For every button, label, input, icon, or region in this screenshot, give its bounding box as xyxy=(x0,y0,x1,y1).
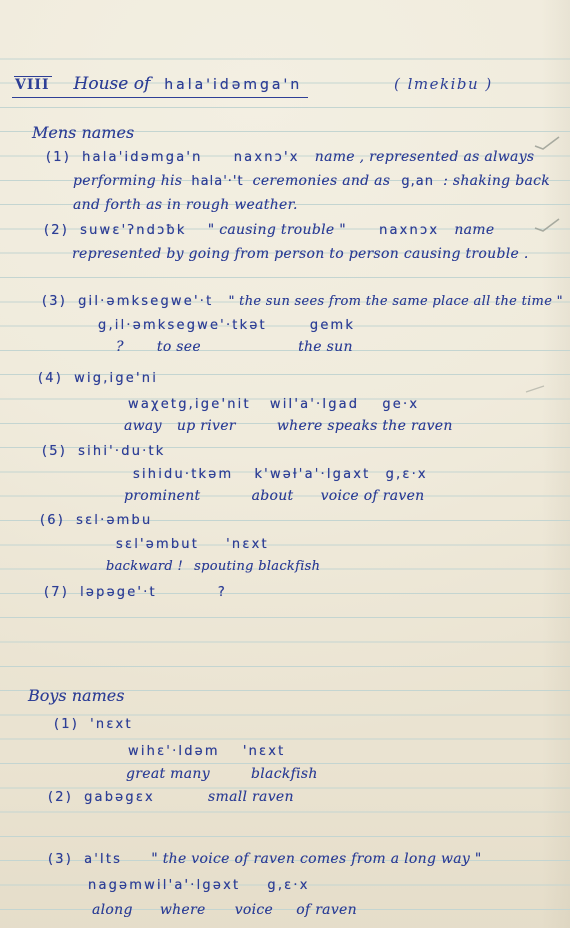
entry-number: (2) xyxy=(48,790,73,805)
gloss-text: small raven xyxy=(208,789,294,805)
entry-number: (2) xyxy=(44,223,69,238)
mens-entry-6-analysis: sεl'əmbut 'nεxt xyxy=(116,533,269,552)
native-word: hala'·'t xyxy=(191,174,243,189)
native-word: 'nεxt xyxy=(243,744,286,759)
native-word: sεl'əmbut xyxy=(116,537,199,552)
gloss-text: away xyxy=(124,418,162,434)
mens-names-heading: Mens names xyxy=(32,123,134,142)
entry-number: (4) xyxy=(38,371,63,386)
native-word: ge·x xyxy=(382,397,419,412)
native-word: g,il·əmksegwe'·tkət xyxy=(98,318,267,333)
native-name: a'lts xyxy=(84,852,122,867)
mens-entry-5: (5) sihi'·du·tk xyxy=(42,440,166,459)
boys-names-heading: Boys names xyxy=(28,686,124,705)
native-word: sihidu·tkəm xyxy=(133,467,233,482)
native-word: wihε'·ldəm xyxy=(128,744,220,759)
native-name: sεl·əmbu xyxy=(76,513,152,528)
boys-entry-3-gloss: along where voice of raven xyxy=(92,899,357,918)
gloss-text: blackfish xyxy=(251,766,318,782)
gloss-text: about xyxy=(252,488,294,504)
native-word: g,an xyxy=(401,174,434,189)
boys-entry-3: (3) a'lts " the voice of raven comes fro… xyxy=(48,848,482,867)
native-word: nagəmwil'a'·lgəxt xyxy=(88,878,240,893)
entry-note: name , represented as always xyxy=(315,149,535,165)
native-word: gemk xyxy=(310,318,355,333)
entry-number: (7) xyxy=(44,585,69,600)
native-word: g,ε·x xyxy=(267,878,309,893)
manuscript-page: VIIIHouse ofhala'idəmga'n ( lmekibu ) Me… xyxy=(0,0,570,928)
name-type: naxnɔx xyxy=(379,223,439,238)
gloss-text: where speaks the raven xyxy=(277,418,453,434)
entry-number: (3) xyxy=(42,294,67,309)
boys-entry-1-analysis: wihε'·ldəm 'nεxt xyxy=(128,740,285,759)
native-name: gil·əmksegwe'·t xyxy=(78,294,213,309)
note-text: performing his xyxy=(73,173,182,189)
entry-number: (6) xyxy=(40,513,65,528)
entry-note: name xyxy=(454,222,494,238)
boys-entry-1-gloss: great many blackfish xyxy=(126,763,318,782)
boys-entry-2: (2) gabəgεx small raven xyxy=(48,786,294,805)
gloss-text: up river xyxy=(177,418,236,434)
translation-quote: " causing trouble " xyxy=(208,222,346,238)
gloss-text: voice of raven xyxy=(321,488,425,504)
gloss-text: backward ! xyxy=(106,559,183,574)
gloss-text: prominent xyxy=(124,488,200,504)
section-numeral: VIII xyxy=(14,76,52,95)
native-name: suwε'ʔndɔƀk xyxy=(80,223,187,238)
native-word: g,ε·x xyxy=(386,467,428,482)
mens-entry-3-gloss: ? to see the sun xyxy=(116,336,353,355)
pencil-checkmark-icon xyxy=(532,134,562,152)
gloss-text: ? xyxy=(116,339,124,355)
gloss-text: where xyxy=(160,902,206,918)
pencil-checkmark-icon xyxy=(532,216,562,234)
gloss-text: great many xyxy=(126,766,210,782)
entry-number: (5) xyxy=(42,444,67,459)
name-type: naxnɔ'x xyxy=(234,150,300,165)
note-text: : shaking back xyxy=(443,173,550,189)
native-word: wil'a'·lgad xyxy=(270,397,359,412)
mens-entry-2: (2) suwε'ʔndɔƀk " causing trouble " naxn… xyxy=(44,219,494,238)
native-name: gabəgεx xyxy=(84,790,155,805)
boys-entry-1: (1) 'nεxt xyxy=(54,713,133,732)
native-name: wig,ige'ni xyxy=(74,371,158,386)
mens-entry-3: (3) gil·əmksegwe'·t " the sun sees from … xyxy=(42,290,563,309)
mens-entry-4-analysis: waχetg,ige'nit wil'a'·lgad ge·x xyxy=(128,393,419,412)
mens-entry-5-gloss: prominent about voice of raven xyxy=(124,485,424,504)
native-name: sihi'·du·tk xyxy=(78,444,165,459)
note-text: represented by going from person to pers… xyxy=(72,246,529,262)
entry-number: (1) xyxy=(54,717,79,732)
note-text: ceremonies and as xyxy=(253,173,391,189)
mens-entry-6-gloss: backward ! spouting blackfish xyxy=(106,555,320,574)
boys-entry-3-analysis: nagəmwil'a'·lgəxt g,ε·x xyxy=(88,874,310,893)
mens-entry-5-analysis: sihidu·tkəm k'wəƚ'a'·lgaxt g,ε·x xyxy=(133,463,428,482)
mens-entry-1-cont2: and forth as in rough weather. xyxy=(73,194,298,213)
translation-quote: " the sun sees from the same place all t… xyxy=(228,294,562,309)
native-word: waχetg,ige'nit xyxy=(128,397,251,412)
gloss-text: the sun xyxy=(298,339,353,355)
mens-entry-1: (1) hala'idəmga'n naxnɔ'x name , represe… xyxy=(46,146,534,165)
native-word: 'nεxt xyxy=(226,537,269,552)
gloss-text: of raven xyxy=(296,902,357,918)
title-house-name: hala'idəmga'n xyxy=(164,77,302,93)
gloss-text: voice xyxy=(235,902,273,918)
mens-entry-1-cont: performing his hala'·'t ceremonies and a… xyxy=(73,170,550,189)
header-annotation: ( lmekibu ) xyxy=(394,75,493,93)
mens-entry-2-cont: represented by going from person to pers… xyxy=(72,243,529,262)
note-text: and forth as in rough weather. xyxy=(73,197,298,213)
native-word: k'wəƚ'a'·lgaxt xyxy=(254,467,370,482)
gloss-text: to see xyxy=(157,339,201,355)
gloss-text: along xyxy=(92,902,133,918)
native-name: 'nεxt xyxy=(90,717,133,732)
native-name: hala'idəmga'n xyxy=(82,150,203,165)
entry-number: (1) xyxy=(46,150,71,165)
gloss-text: spouting blackfish xyxy=(194,559,320,574)
mens-entry-4: (4) wig,ige'ni xyxy=(38,367,158,386)
native-name: ləpəge'·t xyxy=(80,585,157,600)
entry-number: (3) xyxy=(48,852,73,867)
query-mark: ? xyxy=(218,585,227,600)
page-title: VIIIHouse ofhala'idəmga'n xyxy=(12,74,308,98)
title-prefix: House of xyxy=(74,74,151,94)
pencil-dash-icon xyxy=(524,384,546,394)
mens-entry-6: (6) sεl·əmbu xyxy=(40,509,152,528)
mens-entry-3-analysis: g,il·əmksegwe'·tkət gemk xyxy=(98,314,355,333)
translation-quote: " the voice of raven comes from a long w… xyxy=(151,851,481,867)
mens-entry-4-gloss: away up river where speaks the raven xyxy=(124,415,453,434)
mens-entry-7: (7) ləpəge'·t ? xyxy=(44,581,227,600)
